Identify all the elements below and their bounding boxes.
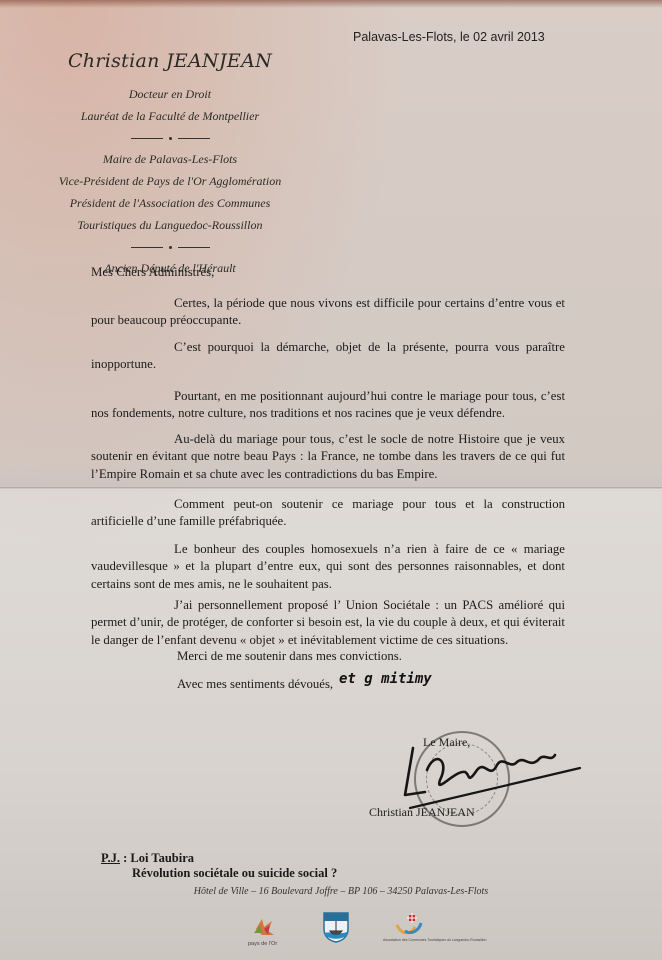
handwritten-signature [395,740,585,810]
pays-de-l-or-logo: pays de l'Or [250,915,276,946]
letter-paragraph: Au-delà du mariage pour tous, c’est le s… [91,431,565,483]
letterhead-line: Président de l'Association des Communes [40,192,300,214]
letterhead-line: Lauréat de la Faculté de Montpellier [40,105,300,127]
letter-paragraph: C’est pourquoi la démarche, objet de la … [91,339,565,374]
attachment-note: P.J. : Loi Taubira Révolution sociétale … [101,851,337,881]
letter-paragraph: Le bonheur des couples homosexuels n’a r… [91,541,565,593]
paragraph-text: C’est pourquoi la démarche, objet de la … [91,339,565,374]
attachment-label: P.J. [101,851,120,865]
letterhead-line: Maire de Palavas-Les-Flots [40,148,300,170]
letterhead-line: Vice-Président de Pays de l'Or Aggloméra… [40,170,300,192]
paragraph-text: Certes, la période que nous vivons est d… [91,295,565,330]
logo-label: pays de l'Or [248,941,277,947]
letterhead-separator [40,240,300,254]
letter-paragraph: Pourtant, en me positionnant aujourd’hui… [91,388,565,423]
letterhead-line: Docteur en Droit [40,83,300,105]
letterhead-name: Christian JEANJEAN [40,50,300,72]
paragraph-text: Comment peut-on soutenir ce mariage pour… [91,496,565,531]
association-communes-touristiques-logo: Association des Communes Touristiques du… [393,913,425,944]
handwritten-note: et g mitimy [339,671,432,687]
coat-of-arms-icon [322,911,350,943]
paragraph-text: J’ai personnellement proposé l’ Union So… [91,597,565,649]
place-date: Palavas-Les-Flots, le 02 avril 2013 [353,30,545,44]
pays-de-l-or-icon [250,915,276,941]
attachment-line1: Loi Taubira [130,851,194,865]
address-text: Hôtel de Ville – 16 Boulevard Joffre – B… [194,886,488,897]
footer-address: Hôtel de Ville – 16 Boulevard Joffre – B… [0,886,662,897]
closing-line: Avec mes sentiments dévoués, [177,677,333,692]
paper-fold [0,487,662,490]
attachment-line2: Révolution sociétale ou suicide social ? [101,866,337,881]
palavas-coat-of-arms-logo [322,911,350,948]
attachment-separator: : [120,851,130,865]
paragraph-text: Le bonheur des couples homosexuels n’a r… [91,541,565,593]
letter-paragraph: Certes, la période que nous vivons est d… [91,295,565,330]
paragraph-text: Au-delà du mariage pour tous, c’est le s… [91,431,565,483]
letter-paragraph: Comment peut-on soutenir ce mariage pour… [91,496,565,531]
letterhead-line: Touristiques du Languedoc-Roussillon [40,214,300,236]
letter-paragraph: J’ai personnellement proposé l’ Union So… [91,597,565,649]
closing-line: Merci de me soutenir dans mes conviction… [177,649,402,664]
letterhead-separator [40,131,300,145]
letterhead: Christian JEANJEAN Docteur en Droit Laur… [40,50,300,279]
salutation: Mes Chers Administrés, [91,265,214,280]
signature-name: Christian JEANJEAN [369,805,475,820]
logo-label: Association des Communes Touristiques du… [383,938,486,942]
association-logo-icon [393,913,425,939]
paragraph-text: Pourtant, en me positionnant aujourd’hui… [91,388,565,423]
